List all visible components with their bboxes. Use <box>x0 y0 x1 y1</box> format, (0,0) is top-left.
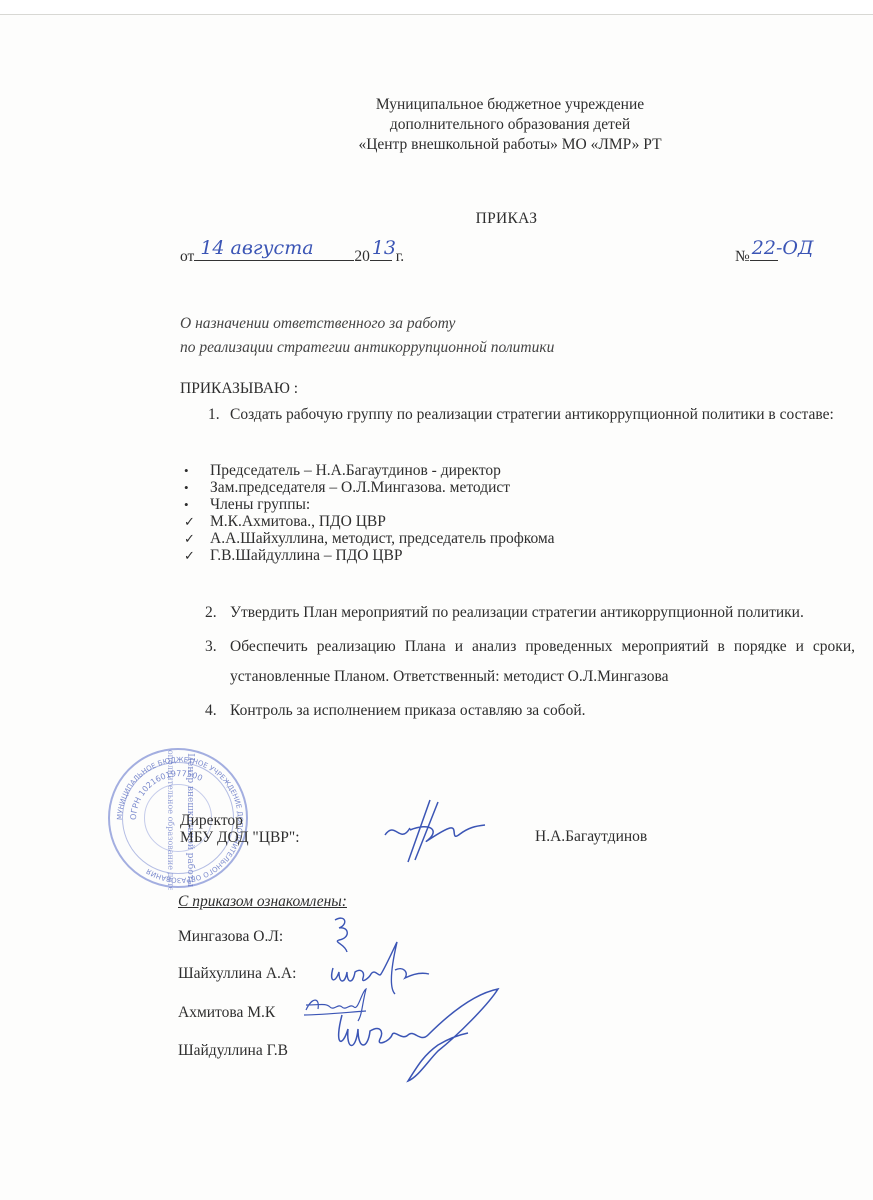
number-prefix: № <box>735 248 750 265</box>
group-bullet-deputy: • Зам.председателя – О.Л.Мингазова. мето… <box>182 479 555 496</box>
order-item-3: 3. Обеспечить реализацию Плана и анализ … <box>205 632 855 692</box>
check-icon: ✓ <box>184 530 195 547</box>
director-title: Директор <box>180 812 300 829</box>
acknowledgement-person: Шайхуллина А.А: <box>178 965 296 983</box>
handwritten-year: 13 <box>372 237 396 259</box>
document-number-line: №22-ОД <box>735 244 778 266</box>
header-line-3: «Центр внешкольной работы» МО «ЛМР» РТ <box>300 135 720 155</box>
bullet-icon: • <box>184 496 189 513</box>
group-member: ✓ А.А.Шайхуллина, методист, председатель… <box>182 530 555 547</box>
svg-text:Дополнительное образование дет: Дополнительное образование детей <box>166 750 175 890</box>
director-position: Директор МБУ ДОД "ЦВР": <box>180 812 300 846</box>
director-signature-icon <box>380 790 490 880</box>
item-text: Утвердить План мероприятий по реализации… <box>230 604 804 621</box>
date-prefix: от <box>180 248 194 265</box>
item-text: Обеспечить реализацию Плана и анализ про… <box>230 638 855 685</box>
year-prefix: 20 <box>354 248 370 265</box>
working-group-list: • Председатель – Н.А.Багаутдинов - дирек… <box>182 462 555 564</box>
handwritten-day-month: 14 августа <box>200 237 313 259</box>
item-number: 2. <box>205 598 217 628</box>
bullet-icon: • <box>184 462 189 479</box>
acknowledgement-person: Мингазова О.Л: <box>178 928 283 946</box>
item-text: Контроль за исполнением приказа оставляю… <box>230 702 586 719</box>
group-member: ✓ М.К.Ахмитова., ПДО ЦВР <box>182 513 555 530</box>
item-number: 3. <box>205 632 217 662</box>
page-top-edge <box>0 0 873 15</box>
document-subject: О назначении ответственного за работу по… <box>180 312 554 360</box>
check-icon: ✓ <box>184 513 195 530</box>
group-bullet-chair: • Председатель – Н.А.Багаутдинов - дирек… <box>182 462 555 479</box>
number-field: 22-ОД <box>750 244 778 261</box>
check-icon: ✓ <box>184 547 195 564</box>
header-line-2: дополнительного образования детей <box>300 115 720 135</box>
signature-shaidullina-icon <box>328 985 508 1085</box>
order-item-4: 4. Контроль за исполнением приказа остав… <box>205 696 855 726</box>
date-day-month-field: 14 августа <box>194 244 354 261</box>
acknowledgement-title: С приказом ознакомлены: <box>178 893 347 911</box>
acknowledgement-person: Ахмитова М.К <box>178 1004 275 1022</box>
item-number: 1. <box>208 400 220 430</box>
organization-header: Муниципальное бюджетное учреждение допол… <box>300 95 720 155</box>
order-items-2-4: 2. Утвердить План мероприятий по реализа… <box>205 598 855 730</box>
handwritten-number: 22-ОД <box>752 237 814 259</box>
document-title: ПРИКАЗ <box>0 210 873 228</box>
date-line: от14 августа2013 г. <box>180 244 404 266</box>
subject-line-1: О назначении ответственного за работу <box>180 312 554 336</box>
bullet-icon: • <box>184 479 189 496</box>
item-text: Создать рабочую группу по реализации стр… <box>208 400 858 430</box>
acknowledgement-person: Шайдуллина Г.В <box>178 1042 288 1060</box>
order-item-2: 2. Утвердить План мероприятий по реализа… <box>205 598 855 628</box>
group-member: ✓ Г.В.Шайдуллина – ПДО ЦВР <box>182 547 555 564</box>
director-organization: МБУ ДОД "ЦВР": <box>180 829 300 846</box>
orders-heading: ПРИКАЗЫВАЮ : <box>180 380 298 398</box>
header-line-1: Муниципальное бюджетное учреждение <box>300 95 720 115</box>
year-suffix: г. <box>396 248 404 265</box>
item-number: 4. <box>205 696 217 726</box>
subject-line-2: по реализации стратегии антикоррупционно… <box>180 336 554 360</box>
group-bullet-members: • Члены группы: <box>182 496 555 513</box>
year-field: 13 <box>370 244 392 261</box>
director-name: Н.А.Багаутдинов <box>535 828 647 846</box>
order-item-1: 1. Создать рабочую группу по реализации … <box>208 400 858 430</box>
